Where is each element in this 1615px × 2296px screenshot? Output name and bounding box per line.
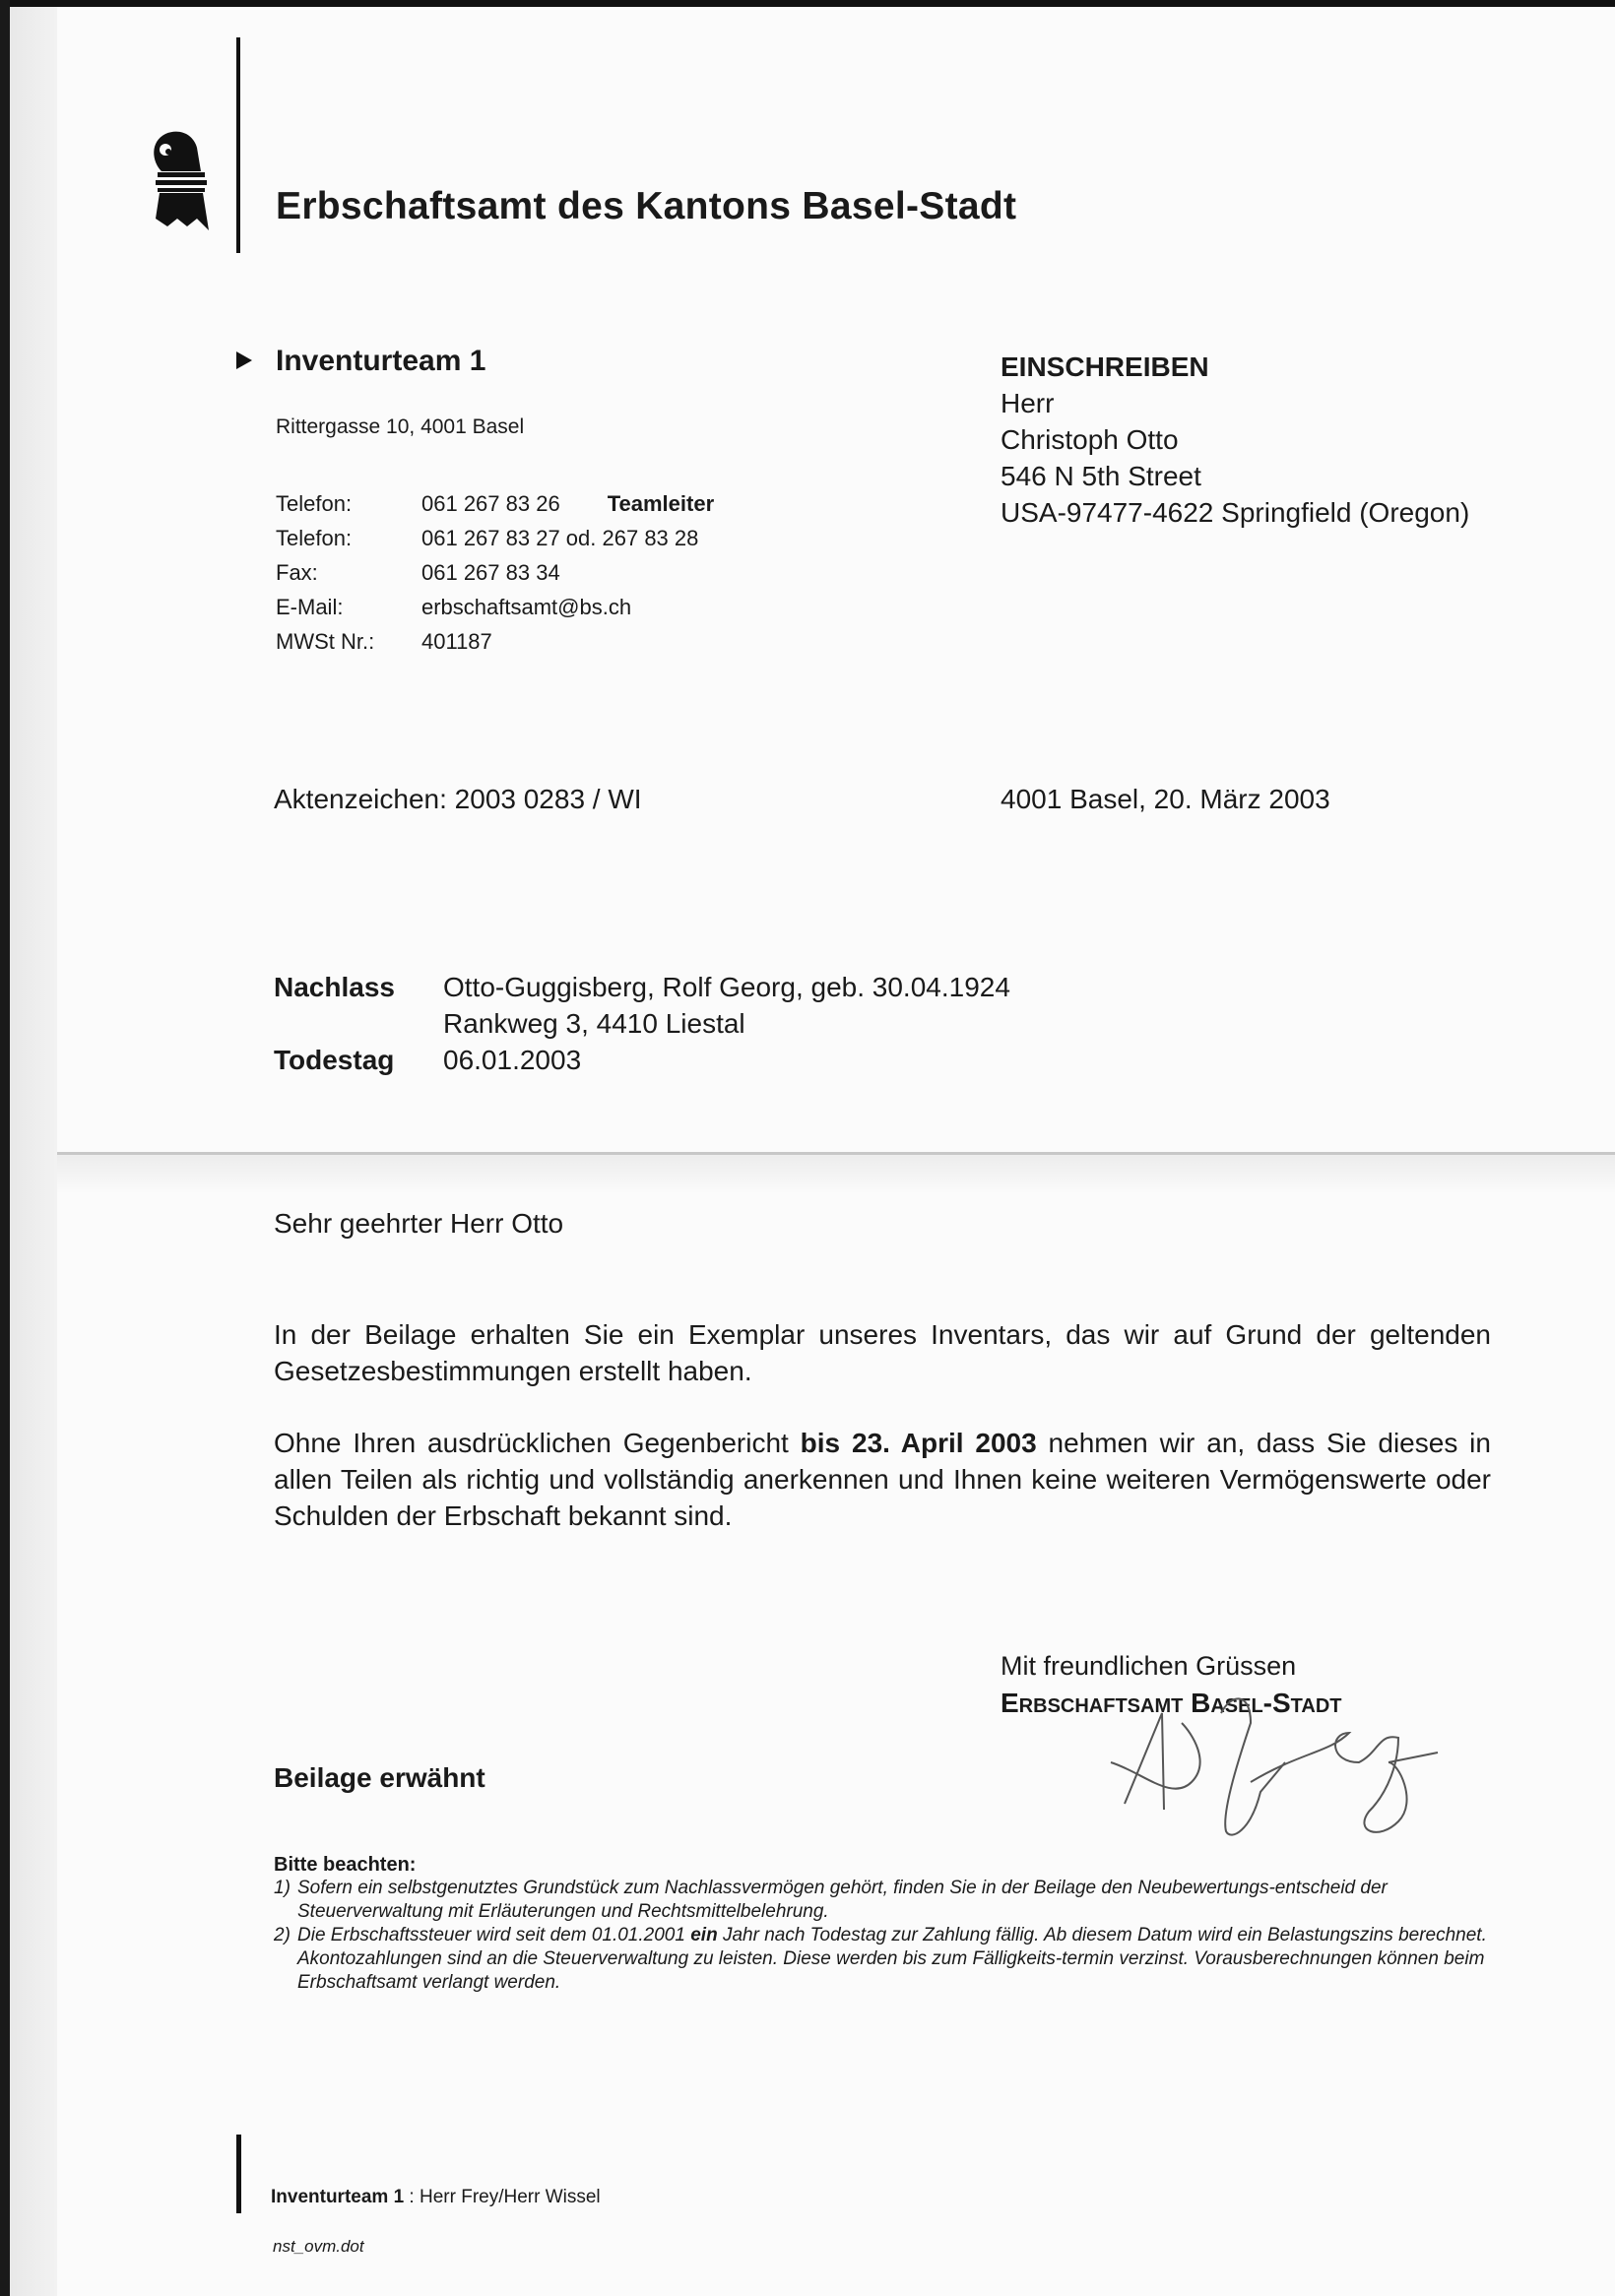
footer-template-name: nst_ovm.dot xyxy=(273,2237,364,2257)
paragraph-2-text: Ohne Ihren ausdrücklichen Gegenbericht xyxy=(274,1428,801,1458)
nachlass-label: Nachlass xyxy=(274,969,443,1005)
baselstab-icon xyxy=(148,128,211,230)
contact-label: MWSt Nr.: xyxy=(276,624,421,659)
todestag-value: 06.01.2003 xyxy=(443,1042,581,1078)
notes-heading: Bitte beachten: xyxy=(274,1853,1495,1877)
estate-row: NachlassOtto-Guggisberg, Rolf Georg, geb… xyxy=(274,969,1010,1005)
note-text-part: Die Erbschaftssteuer wird seit dem 01.01… xyxy=(297,1925,690,1945)
paragraph-2: Ohne Ihren ausdrücklichen Gegenbericht b… xyxy=(274,1425,1491,1534)
footer-rule xyxy=(236,2135,241,2213)
note-text: Sofern ein selbstgenutztes Grundstück zu… xyxy=(297,1877,1495,1924)
place-date: 4001 Basel, 20. März 2003 xyxy=(1001,784,1330,815)
nachlass-address: Rankweg 3, 4410 Liestal xyxy=(443,1005,745,1042)
estate-row: Todestag06.01.2003 xyxy=(274,1042,1010,1078)
paragraph-1: In der Beilage erhalten Sie ein Exemplar… xyxy=(274,1316,1491,1389)
contact-value: 061 267 83 26 xyxy=(421,486,560,521)
closing-greeting: Mit freundlichen Grüssen xyxy=(1001,1648,1342,1685)
note-item: 2)Die Erbschaftssteuer wird seit dem 01.… xyxy=(274,1924,1495,1995)
delivery-method: EINSCHREIBEN xyxy=(1001,349,1469,385)
contact-row: MWSt Nr.:401187 xyxy=(276,624,714,659)
contact-label: Telefon: xyxy=(276,521,421,555)
triangle-right-icon xyxy=(236,351,252,369)
estate-details: NachlassOtto-Guggisberg, Rolf Georg, geb… xyxy=(274,969,1010,1078)
recipient-address: EINSCHREIBEN Herr Christoph Otto 546 N 5… xyxy=(1001,349,1469,531)
recipient-street: 546 N 5th Street xyxy=(1001,458,1469,494)
reference-number: Aktenzeichen: 2003 0283 / WI xyxy=(274,784,642,815)
scan-left-edge xyxy=(0,0,10,2296)
recipient-city: USA-97477-4622 Springfield (Oregon) xyxy=(1001,494,1469,531)
contact-note: Teamleiter xyxy=(608,486,714,521)
sender-team: Inventurteam 1 xyxy=(236,345,485,378)
header-rule xyxy=(236,37,240,253)
estate-row: Rankweg 3, 4410 Liestal xyxy=(274,1005,1010,1042)
scan-top-edge xyxy=(0,0,1615,7)
note-emphasis: ein xyxy=(690,1925,717,1945)
recipient-name: Christoph Otto xyxy=(1001,421,1469,458)
contact-row: E-Mail:erbschaftsamt@bs.ch xyxy=(276,590,714,624)
sender-contacts: Telefon:061 267 83 26Teamleiter Telefon:… xyxy=(276,486,714,659)
todestag-label: Todestag xyxy=(274,1042,443,1078)
contact-label: E-Mail: xyxy=(276,590,421,624)
paper-fold-shadow xyxy=(57,1155,1615,1194)
spacer xyxy=(274,1005,443,1042)
notes-section: Bitte beachten: 1)Sofern ein selbstgenut… xyxy=(274,1853,1495,1995)
contact-value: 061 267 83 34 xyxy=(421,555,560,590)
contact-value: 061 267 83 27 od. 267 83 28 xyxy=(421,521,698,555)
salutation: Sehr geehrter Herr Otto xyxy=(274,1208,563,1240)
sender-address: Rittergasse 10, 4001 Basel xyxy=(276,415,524,439)
footer-team-name: Inventurteam 1 xyxy=(271,2187,404,2207)
contact-row: Fax:061 267 83 34 xyxy=(276,555,714,590)
footer-team: Inventurteam 1 : Herr Frey/Herr Wissel xyxy=(271,2187,601,2208)
sender-team-name: Inventurteam 1 xyxy=(276,345,485,377)
deadline: bis 23. April 2003 xyxy=(801,1428,1037,1458)
note-number: 2) xyxy=(274,1924,297,1995)
footer-staff: : Herr Frey/Herr Wissel xyxy=(404,2187,601,2207)
note-text: Die Erbschaftssteuer wird seit dem 01.01… xyxy=(297,1924,1495,1995)
contact-email: erbschaftsamt@bs.ch xyxy=(421,590,631,624)
enclosure-note: Beilage erwähnt xyxy=(274,1762,485,1794)
signature-icon xyxy=(1103,1693,1477,1841)
contact-row: Telefon:061 267 83 26Teamleiter xyxy=(276,486,714,521)
contact-label: Telefon: xyxy=(276,486,421,521)
note-item: 1)Sofern ein selbstgenutztes Grundstück … xyxy=(274,1877,1495,1924)
contact-label: Fax: xyxy=(276,555,421,590)
note-number: 1) xyxy=(274,1877,297,1924)
scan-left-margin xyxy=(10,7,57,2296)
recipient-title: Herr xyxy=(1001,385,1469,421)
nachlass-value: Otto-Guggisberg, Rolf Georg, geb. 30.04.… xyxy=(443,969,1010,1005)
office-title: Erbschaftsamt des Kantons Basel-Stadt xyxy=(276,185,1016,228)
contact-row: Telefon:061 267 83 27 od. 267 83 28 xyxy=(276,521,714,555)
contact-value: 401187 xyxy=(421,624,492,659)
